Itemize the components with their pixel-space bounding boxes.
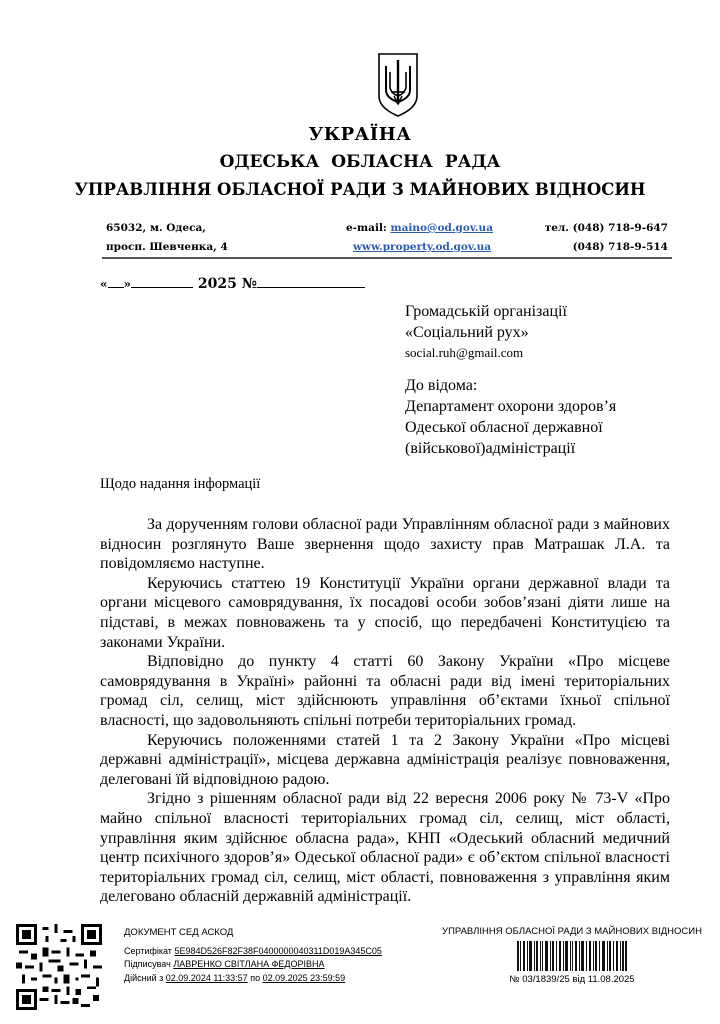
signer-value: ЛАВРЕНКО СВІТЛАНА ФЕДОРІВНА xyxy=(173,959,324,969)
date-number-line: «» 2025 № xyxy=(100,276,365,292)
address-line-1: 65032, м. Одеса, xyxy=(106,222,206,234)
body-paragraph: Керуючись статтею 19 Конституції України… xyxy=(100,574,670,652)
recipient-email: social.ruh@gmail.com xyxy=(405,343,567,363)
number-blank xyxy=(257,276,365,288)
digital-signature-block: ДОКУМЕНТ СЕД АСКОД Сертифікат 5E984D526F… xyxy=(124,926,382,985)
phone-2: (048) 718-9-514 xyxy=(573,241,668,253)
registration-org: УПРАВЛІННЯ ОБЛАСНОЇ РАДИ З МАЙНОВИХ ВІДН… xyxy=(430,926,714,937)
body-paragraph: Керуючись положеннями статей 1 та 2 Зако… xyxy=(100,731,670,790)
trident-coat-of-arms-icon xyxy=(376,52,420,118)
phone-1: тел. (048) 718-9-647 xyxy=(545,222,668,234)
body-paragraph: Відповідно до пункту 4 статті 60 Закону … xyxy=(100,652,670,730)
signer-label: Підписувач xyxy=(124,959,173,969)
email-link[interactable]: maino@od.gov.ua xyxy=(390,222,493,234)
recipient-line-2: «Соціальний рух» xyxy=(405,322,567,343)
valid-to-label: по xyxy=(248,973,263,983)
header-divider xyxy=(102,257,672,259)
recipient-block: Громадській організації «Соціальний рух»… xyxy=(405,301,567,363)
certificate-label: Сертифікат xyxy=(124,946,174,956)
cc-line-3: (військової)адміністрації xyxy=(405,438,616,459)
signer-line: Підписувач ЛАВРЕНКО СВІТЛАНА ФЕДОРІВНА xyxy=(124,958,382,972)
body-paragraph: За дорученням голови обласної ради Управ… xyxy=(100,515,670,574)
address-line-2: просп. Шевченка, 4 xyxy=(106,241,228,253)
certificate-value: 5E984D526F82F38F0400000040311D019A345C05 xyxy=(174,946,382,956)
registration-number: № 03/1839/25 від 11.08.2025 xyxy=(430,974,714,985)
valid-from-label: Дійсний з xyxy=(124,973,166,983)
department-title: УПРАВЛІННЯ ОБЛАСНОЇ РАДИ З МАЙНОВИХ ВІДН… xyxy=(0,180,720,199)
cc-line-2: Одеської обласної державної xyxy=(405,417,616,438)
barcode-icon xyxy=(517,941,627,971)
subject-line: Щодо надання інформації xyxy=(100,476,260,493)
letter-body: За дорученням голови обласної ради Управ… xyxy=(100,515,670,907)
certificate-line: Сертифікат 5E984D526F82F38F0400000040311… xyxy=(124,945,382,959)
website-line: www.property.od.gov.ua xyxy=(353,241,491,253)
email-label: e-mail: xyxy=(346,222,390,234)
valid-from-value: 02.09.2024 11:33:57 xyxy=(166,973,248,983)
year-label: 2025 № xyxy=(193,276,257,292)
country-title: УКРАЇНА xyxy=(0,124,720,145)
body-paragraph: Згідно з рішенням обласної ради від 22 в… xyxy=(100,789,670,907)
website-link[interactable]: www.property.od.gov.ua xyxy=(353,241,491,253)
qr-code-icon xyxy=(16,924,102,1010)
council-title: ОДЕСЬКА ОБЛАСНА РАДА xyxy=(0,152,720,172)
doc-system-label: ДОКУМЕНТ СЕД АСКОД xyxy=(124,926,382,940)
recipient-line-1: Громадській організації xyxy=(405,301,567,322)
date-open-quote: « xyxy=(100,277,108,291)
day-blank xyxy=(108,276,124,288)
email-line: e-mail: maino@od.gov.ua xyxy=(346,222,493,234)
month-blank xyxy=(131,276,193,288)
cc-block: До відома: Департамент охорони здоров’я … xyxy=(405,375,616,459)
cc-line-1: Департамент охорони здоров’я xyxy=(405,396,616,417)
validity-line: Дійсний з 02.09.2024 11:33:57 по 02.09.2… xyxy=(124,972,382,986)
cc-label: До відома: xyxy=(405,375,616,396)
registration-stamp: УПРАВЛІННЯ ОБЛАСНОЇ РАДИ З МАЙНОВИХ ВІДН… xyxy=(430,926,714,985)
date-close-quote: » xyxy=(124,277,132,291)
valid-to-value: 02.09.2025 23:59:59 xyxy=(263,973,346,983)
